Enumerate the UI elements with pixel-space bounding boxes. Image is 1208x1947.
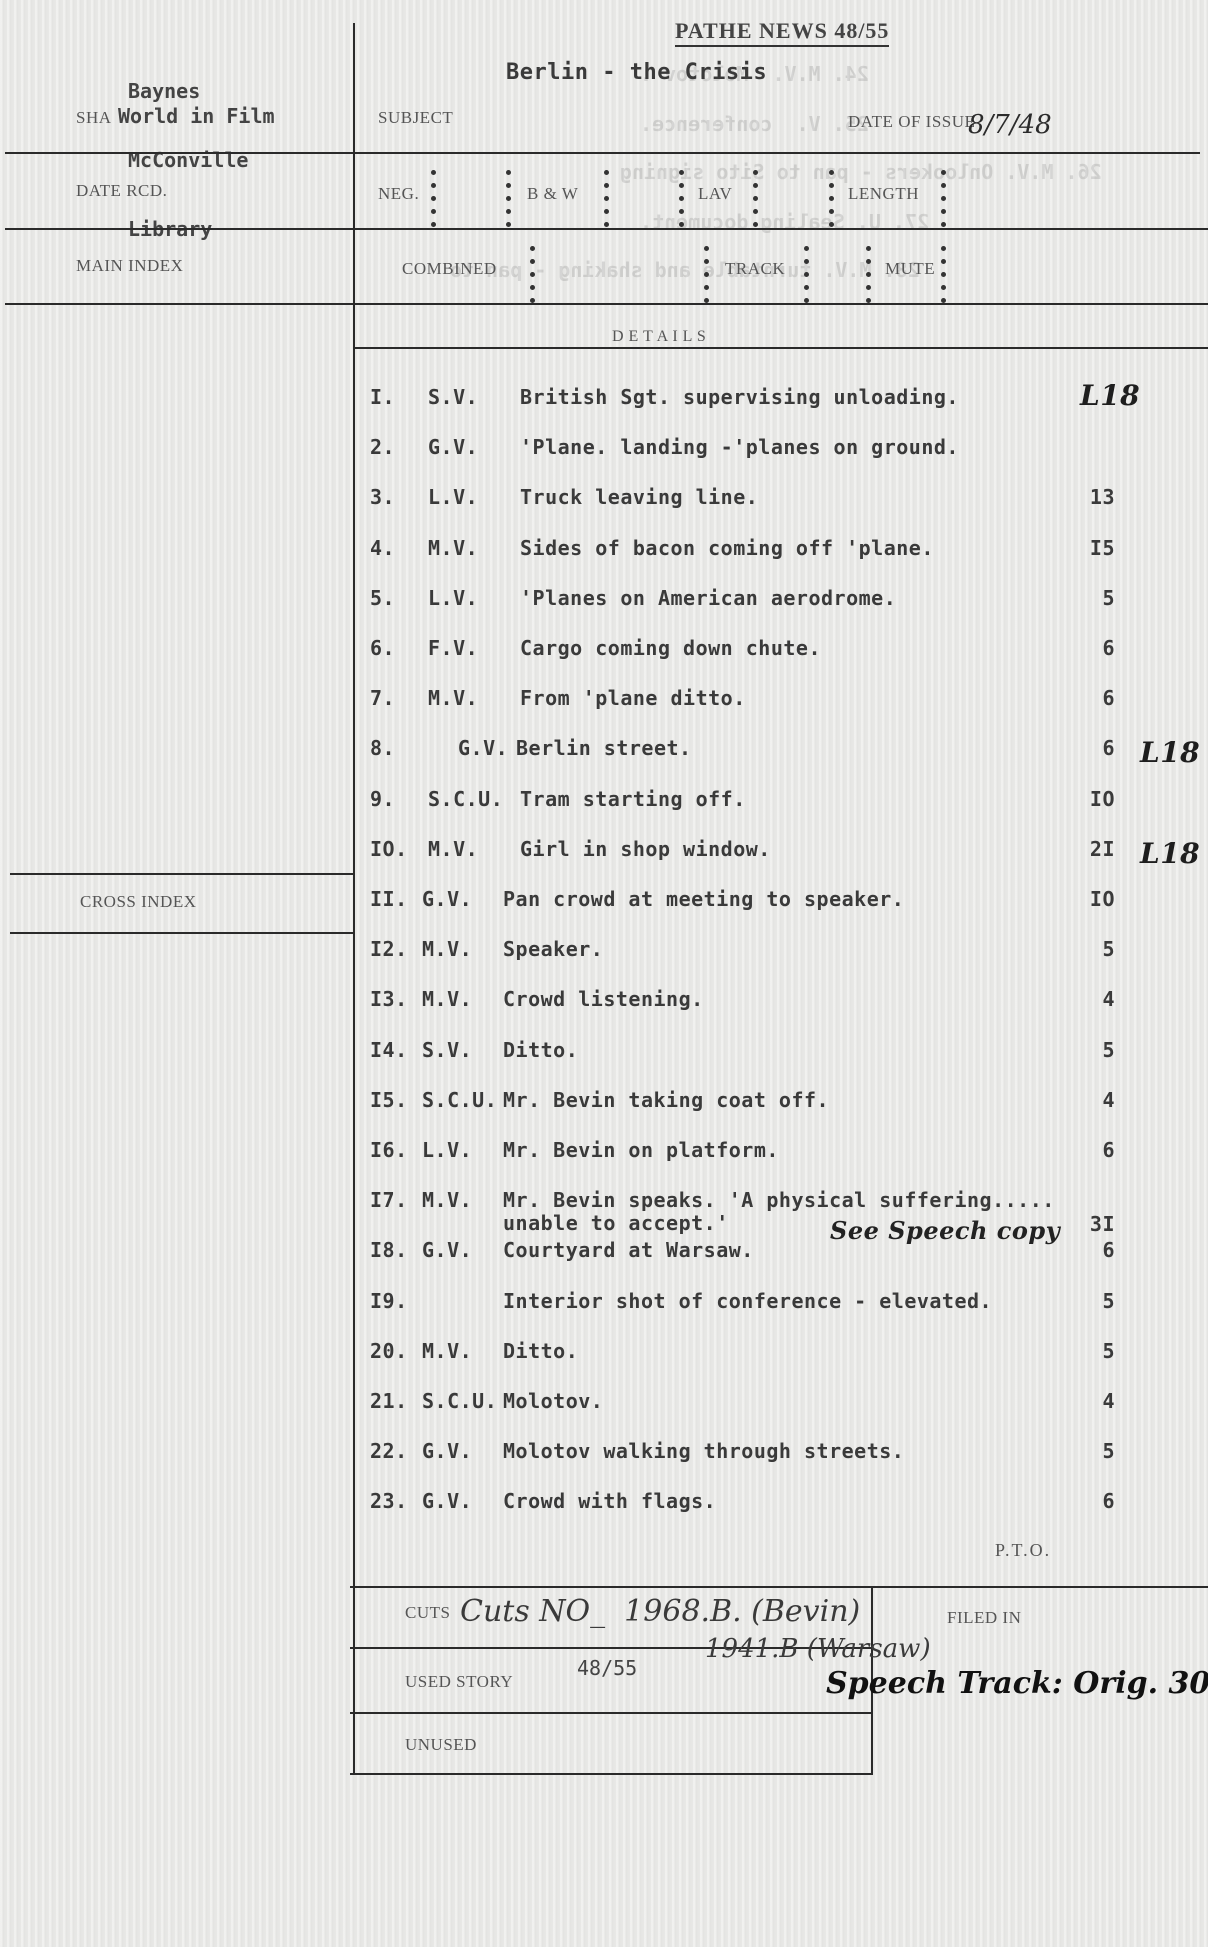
detail-row: 21.S.C.U.Molotov.4 [370,1389,1190,1419]
divider [10,873,353,875]
shot-number: I. [370,385,395,409]
shot-type: S.V. [428,385,478,409]
detail-row: 9.S.C.U.Tram starting off.IO [370,787,1190,817]
used-story-value: 48/55 [577,1656,637,1680]
shot-type: G.V. [422,1439,472,1463]
date-of-issue-value: 8/7/48 [968,110,1052,140]
cross-index-label: CROSS INDEX [80,892,197,912]
shot-length: I5 [1075,536,1115,560]
detail-row: 22.G.V.Molotov walking through streets.5 [370,1439,1190,1469]
shot-type: M.V. [428,686,478,710]
shot-description: Ditto. [503,1038,578,1062]
shot-number: 3. [370,485,395,509]
shot-number: II. [370,887,408,911]
field-separator [506,170,511,235]
shot-type: G.V. [428,435,478,459]
detail-row: 20.M.V.Ditto.5 [370,1339,1190,1369]
shot-type: S.C.U. [422,1389,497,1413]
shot-description: Courtyard at Warsaw. [503,1238,754,1262]
date-of-issue-label: DATE OF ISSUE [848,112,948,132]
shot-type: S.C.U. [428,787,503,811]
shot-description: Mr. Bevin on platform. [503,1138,779,1162]
shot-length: 6 [1075,686,1115,710]
shot-description: Truck leaving line. [520,485,758,509]
shot-length: 3I [1075,1212,1115,1236]
detail-row: 4.M.V.Sides of bacon coming off 'plane.I… [370,536,1190,566]
shot-number: IO. [370,837,408,861]
neg-field-label: NEG. [378,184,419,204]
stamp-line: World in Film [118,105,275,128]
bleed-through-text: 26. M.V. Onlookers - pan to Sito signing [620,160,1102,184]
shot-description: Pan crowd at meeting to speaker. [503,887,904,911]
shot-number: I4. [370,1038,408,1062]
shot-length: 5 [1075,937,1115,961]
shot-number: I2. [370,937,408,961]
shot-description: Ditto. [503,1339,578,1363]
shot-number: 6. [370,636,395,660]
shot-type: F.V. [428,636,478,660]
shot-length: 13 [1075,485,1115,509]
shot-type: M.V. [422,1188,472,1212]
shot-description: Crowd listening. [503,987,704,1011]
date-rcd-label: DATE RCD. [76,181,167,201]
field-separator [431,170,436,235]
field-separator [829,170,834,235]
field-separator [941,246,946,311]
unused-label: UNUSED [405,1735,477,1755]
shot-number: I3. [370,987,408,1011]
divider [350,1773,873,1775]
shot-length: 5 [1075,1289,1115,1313]
shot-type: L.V. [422,1138,472,1162]
shot-type: M.V. [428,837,478,861]
lav-field-label: LAV [698,184,732,204]
detail-row: I8.G.V.Courtyard at Warsaw.6 [370,1238,1190,1268]
shot-description: Crowd with flags. [503,1489,716,1513]
field-separator [679,170,684,235]
shot-description: 'Plane. landing -'planes on ground. [520,435,959,459]
shot-type: M.V. [422,987,472,1011]
shot-number: I8. [370,1238,408,1262]
shot-type: S.C.U. [422,1088,497,1112]
divider [5,303,1208,305]
shot-length: IO [1075,887,1115,911]
detail-row: 6.F.V.Cargo coming down chute.6 [370,636,1190,666]
shot-type: G.V. [458,736,508,760]
shot-length: 6 [1075,736,1115,760]
field-separator [704,246,709,311]
shot-description: Mr. Bevin speaks. 'A physical suffering.… [503,1188,1055,1212]
shot-description: From 'plane ditto. [520,686,746,710]
detail-row: I2.M.V.Speaker.5 [370,937,1190,967]
detail-row: II.G.V.Pan crowd at meeting to speaker.I… [370,887,1190,917]
shot-type: G.V. [422,1238,472,1262]
shot-length: 6 [1075,1489,1115,1513]
shot-length: 4 [1075,1389,1115,1413]
shot-number: 7. [370,686,395,710]
shot-length: 6 [1075,1238,1115,1262]
margin-note: L18 [1140,736,1200,769]
length-field-label: LENGTH [848,184,919,204]
filed-in-handwritten-note: Speech Track: Orig. 30.I. [826,1666,1208,1701]
detail-row: 23.G.V.Crowd with flags.6 [370,1489,1190,1519]
used-story-label: USED STORY [405,1672,513,1692]
shot-length: 6 [1075,636,1115,660]
shot-type: L.V. [428,586,478,610]
combined-field-label: COMBINED [402,259,497,279]
shot-length: 4 [1075,987,1115,1011]
shot-number: 5. [370,586,395,610]
shot-description: Tram starting off. [520,787,746,811]
shot-type: M.V. [422,1339,472,1363]
shot-type: L.V. [428,485,478,509]
divider [353,23,355,1775]
detail-row: 5.L.V.'Planes on American aerodrome.5 [370,586,1190,616]
shot-description: Cargo coming down chute. [520,636,821,660]
detail-row: 8.G.V.Berlin street.6L18 [370,736,1190,766]
shot-description-cont: unable to accept.' [503,1211,729,1235]
shot-type: G.V. [422,1489,472,1513]
field-separator [604,170,609,235]
shot-description: Girl in shop window. [520,837,771,861]
detail-row: I3.M.V.Crowd listening.4 [370,987,1190,1017]
divider [350,1712,873,1714]
shot-length: 5 [1075,1339,1115,1363]
field-separator [530,246,535,311]
divider [10,932,353,934]
subject-label: SUBJECT [378,108,453,128]
shot-type: M.V. [428,536,478,560]
shot-length: 6 [1075,1138,1115,1162]
shot-number: I9. [370,1289,408,1313]
document-title: PATHE NEWS 48/55 [675,18,889,47]
shot-description: British Sgt. supervising unloading. [520,385,959,409]
shot-description: Mr. Bevin taking coat off. [503,1088,829,1112]
shot-description: Berlin street. [516,736,692,760]
shot-number: 8. [370,736,395,760]
detail-row: IO.M.V.Girl in shop window.2IL18 [370,837,1190,867]
mute-field-label: MUTE [885,259,935,279]
bleed-through-text: 25. V. conference. [640,112,869,136]
bw-field-label: B & W [527,184,578,204]
detail-row: 3.L.V.Truck leaving line.13 [370,485,1190,515]
details-heading: D E T A I L S [612,328,706,346]
shot-number: I5. [370,1088,408,1112]
pto-label: P.T.O. [995,1540,1051,1561]
shot-description: Molotov. [503,1389,603,1413]
shot-number: I6. [370,1138,408,1162]
main-index-label: MAIN INDEX [76,256,183,276]
detail-row: I9.Interior shot of conference - elevate… [370,1289,1190,1319]
detail-row: I6.L.V.Mr. Bevin on platform.6 [370,1138,1190,1168]
shot-number: 20. [370,1339,408,1363]
shot-description: Interior shot of conference - elevated. [503,1289,992,1313]
field-separator [866,246,871,311]
shot-length: IO [1075,787,1115,811]
shot-type: M.V. [422,937,472,961]
shot-length: 5 [1075,586,1115,610]
margin-note: L18 [1080,379,1140,412]
shot-number: 9. [370,787,395,811]
shot-type: S.V. [422,1038,472,1062]
shot-number: I7. [370,1188,408,1212]
field-separator [804,246,809,311]
shot-number: 2. [370,435,395,459]
detail-row: I5.S.C.U.Mr. Bevin taking coat off.4 [370,1088,1190,1118]
filed-in-label: FILED IN [947,1608,1021,1628]
shot-number: 21. [370,1389,408,1413]
shot-length: 5 [1075,1439,1115,1463]
shot-label-overprinted: SHA [76,108,112,128]
divider [5,152,1200,154]
shot-length: 2I [1075,837,1115,861]
bleed-through-text: 28. M.V. turntable and shaking - pan to [450,258,920,282]
field-separator [941,170,946,235]
detail-row: 7.M.V.From 'plane ditto.6 [370,686,1190,716]
stamp-line: Baynes [128,80,248,103]
shot-type: G.V. [422,887,472,911]
detail-row: 2.G.V.'Plane. landing -'planes on ground… [370,435,1190,465]
subject-value: Berlin - the Crisis [506,60,767,85]
detail-row: I4.S.V.Ditto.5 [370,1038,1190,1068]
cuts-handwritten-note: Cuts NO_ 1968.B. (Bevin) [460,1594,860,1629]
track-field-label: TRACK [725,259,785,279]
shot-number: 4. [370,536,395,560]
shot-length: 4 [1075,1088,1115,1112]
shot-description: Speaker. [503,937,603,961]
detail-row: I7.M.V.Mr. Bevin speaks. 'A physical suf… [370,1188,1190,1218]
shot-number: 23. [370,1489,408,1513]
shot-description: Molotov walking through streets. [503,1439,904,1463]
detail-row: I.S.V.British Sgt. supervising unloading… [370,385,1190,415]
divider [350,1586,1208,1588]
shot-number: 22. [370,1439,408,1463]
shot-description: Sides of bacon coming off 'plane. [520,536,934,560]
shot-length: 5 [1075,1038,1115,1062]
cuts-label: CUTS [405,1603,450,1623]
margin-note: L18 [1140,837,1200,870]
cuts-handwritten-note: 1941.B (Warsaw) [705,1634,931,1664]
field-separator [753,170,758,235]
divider [353,347,1208,349]
shot-description: 'Planes on American aerodrome. [520,586,896,610]
